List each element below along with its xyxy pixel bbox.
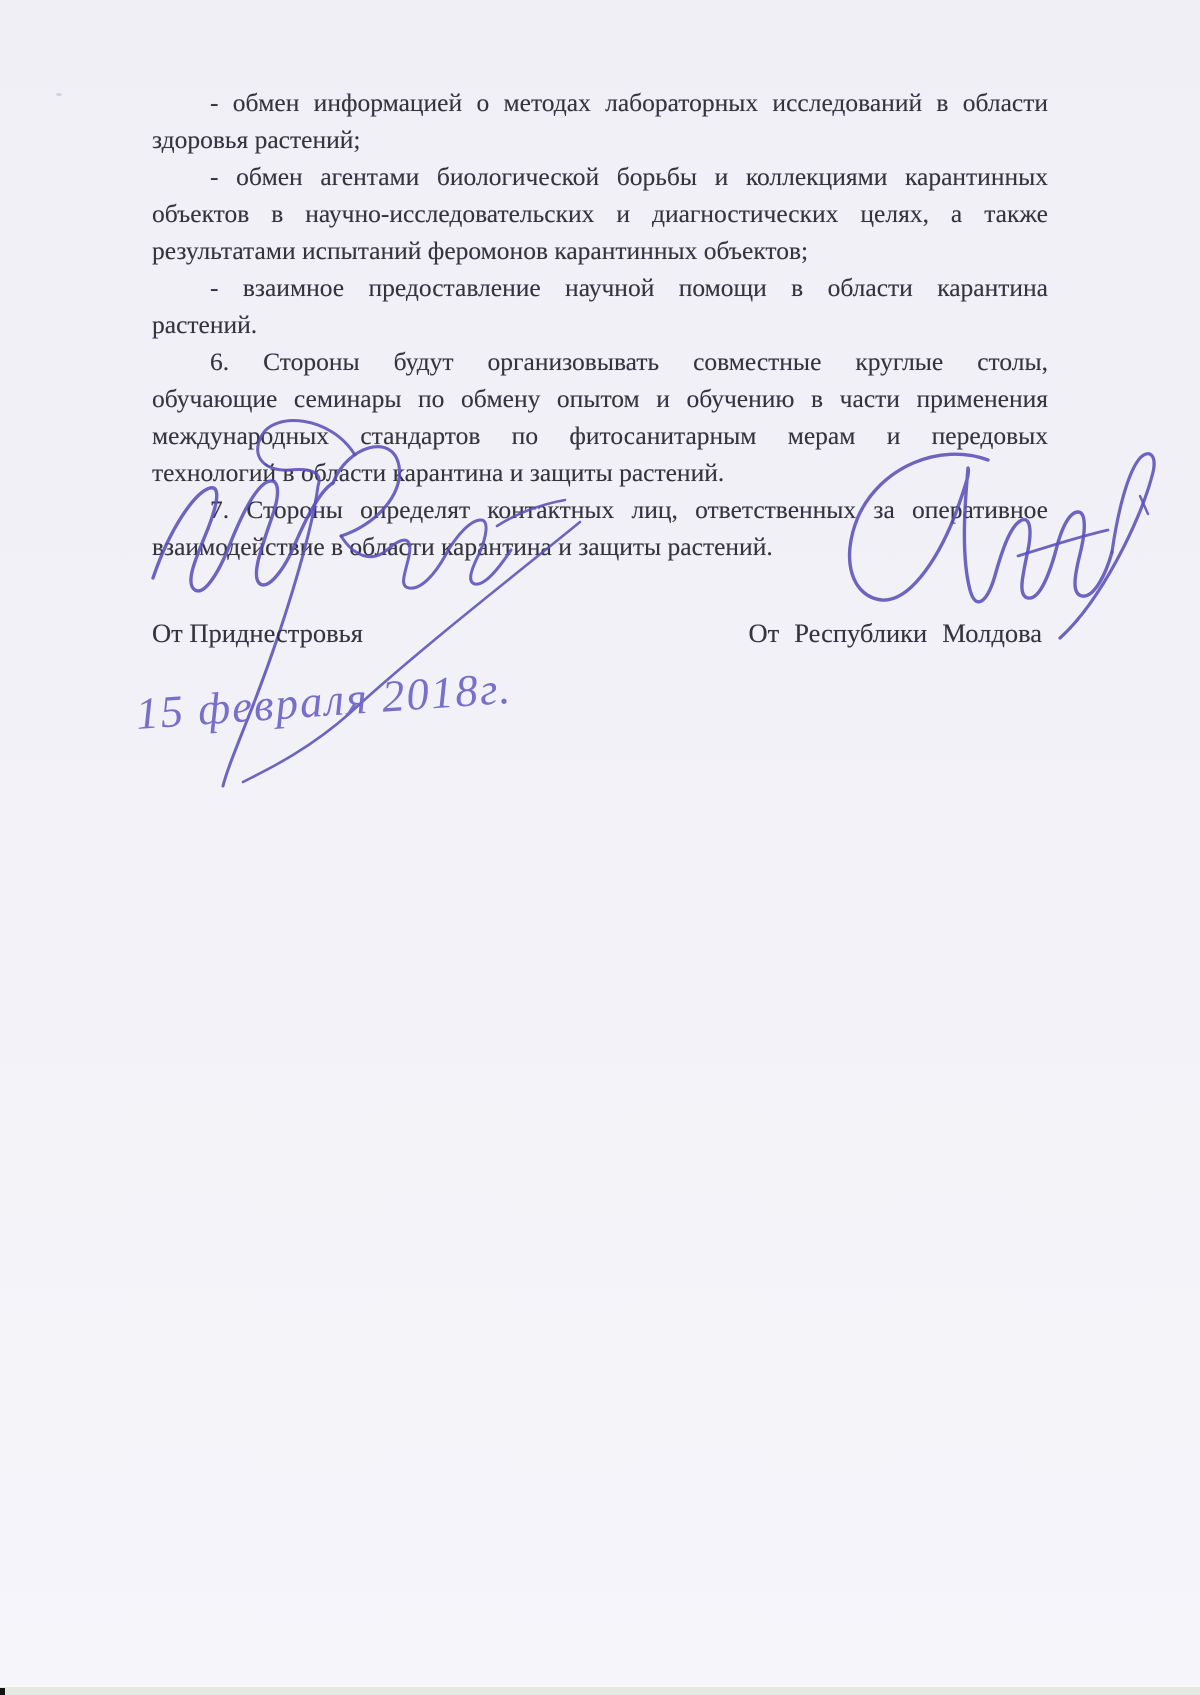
signatory-right-label: От Республики Молдова xyxy=(748,618,1042,649)
text-line: - взаимное предоставление научной помощи… xyxy=(152,269,1048,306)
scanned-document-page: - обмен информацией о методах лабораторн… xyxy=(0,0,1200,1695)
text-line: здоровья растений; xyxy=(152,121,1048,158)
scan-bottom-edge xyxy=(0,1685,1200,1695)
text-line: объектов в научно-исследовательских и ди… xyxy=(152,195,1048,232)
text-line: растений. xyxy=(152,306,1048,343)
text-line: - обмен агентами биологической борьбы и … xyxy=(152,158,1048,195)
text-line: 6. Стороны будут организовывать совместн… xyxy=(152,343,1048,380)
text-line: результатами испытаний феромонов каранти… xyxy=(152,232,1048,269)
paragraph: - обмен информацией о методах лабораторн… xyxy=(152,84,1048,158)
signatory-left-label: От Приднестровья xyxy=(152,618,363,649)
scan-speck xyxy=(56,93,62,96)
paragraph: - взаимное предоставление научной помощи… xyxy=(152,269,1048,343)
signature-left-ink xyxy=(115,408,595,798)
paragraph: - обмен агентами биологической борьбы и … xyxy=(152,158,1048,269)
scan-corner-mark xyxy=(0,1688,5,1695)
text-line: - обмен информацией о методах лабораторн… xyxy=(152,84,1048,121)
